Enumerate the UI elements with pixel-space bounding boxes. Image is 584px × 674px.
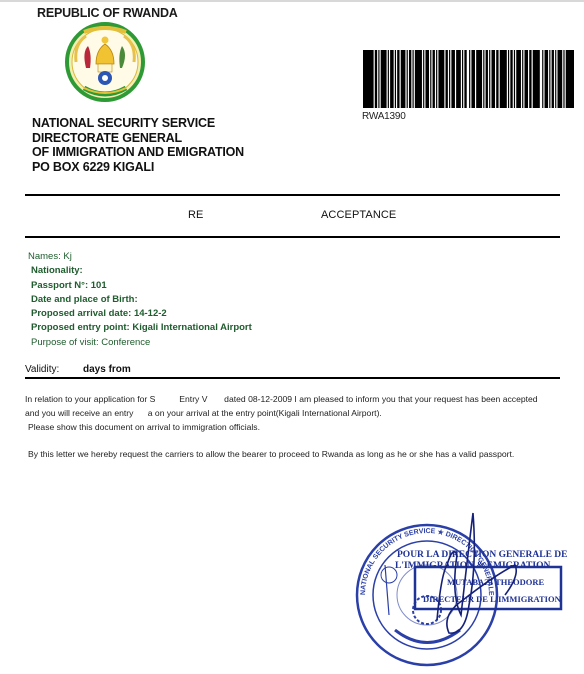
svg-text:DIRECTEUR DE L'IMMIGRATION: DIRECTEUR DE L'IMMIGRATION [423,594,562,604]
applicant-field: Names: Kj [28,250,252,264]
svg-text:L'IMMIGRATION & EMIGRATION: L'IMMIGRATION & EMIGRATION [395,561,550,571]
rwanda-coat-of-arms-icon [62,22,148,106]
validity-label: Validity: [25,364,59,375]
agency-line: DIRECTORATE GENERAL [32,131,244,146]
applicant-field: Nationality: [31,264,252,278]
applicant-field: Passport N°: 101 [31,279,252,293]
letter-body: In relation to your application for S En… [25,392,580,434]
validity-rule [25,377,560,379]
agency-line: PO BOX 6229 KIGALI [32,160,244,175]
agency-line: NATIONAL SECURITY SERVICE [32,116,244,131]
svg-text:MUTABAZI THEODORE: MUTABAZI THEODORE [447,577,545,587]
applicant-field: Date and place of Birth: [31,293,252,307]
document-title-prefix: RE [188,209,203,221]
letter-line: In relation to your application for S En… [25,392,580,406]
validity-row: Validity: days from [25,364,59,375]
carriers-request: By this letter we hereby request the car… [28,449,514,459]
top-border [0,0,584,2]
barcode-number: RWA1390 [362,111,406,122]
document-title: ACCEPTANCE [321,209,396,221]
applicant-field: Proposed arrival date: 14-12-2 [31,307,252,321]
barcode-icon [363,50,574,108]
applicant-details: Names: KjNationality:Passport N°: 101Dat… [28,250,252,350]
agency-address-block: NATIONAL SECURITY SERVICE DIRECTORATE GE… [32,116,244,174]
letter-line: Please show this document on arrival to … [28,420,580,434]
title-bottom-rule [25,236,560,238]
applicant-field: Proposed entry point: Kigali Internation… [31,321,252,335]
validity-value: days from [83,364,131,375]
country-heading: REPUBLIC OF RWANDA [37,6,178,20]
title-top-rule [25,194,560,196]
letter-line: and you will receive an entry a on your … [25,406,580,420]
applicant-field: Purpose of visit: Conference [31,336,252,350]
svg-text:POUR LA DIRECTION GENERALE DE: POUR LA DIRECTION GENERALE DE [397,550,568,560]
official-stamp-icon: NATIONAL SECURITY SERVICE ★ DIRECTION GE… [345,505,584,674]
agency-line: OF IMMIGRATION AND EMIGRATION [32,145,244,160]
